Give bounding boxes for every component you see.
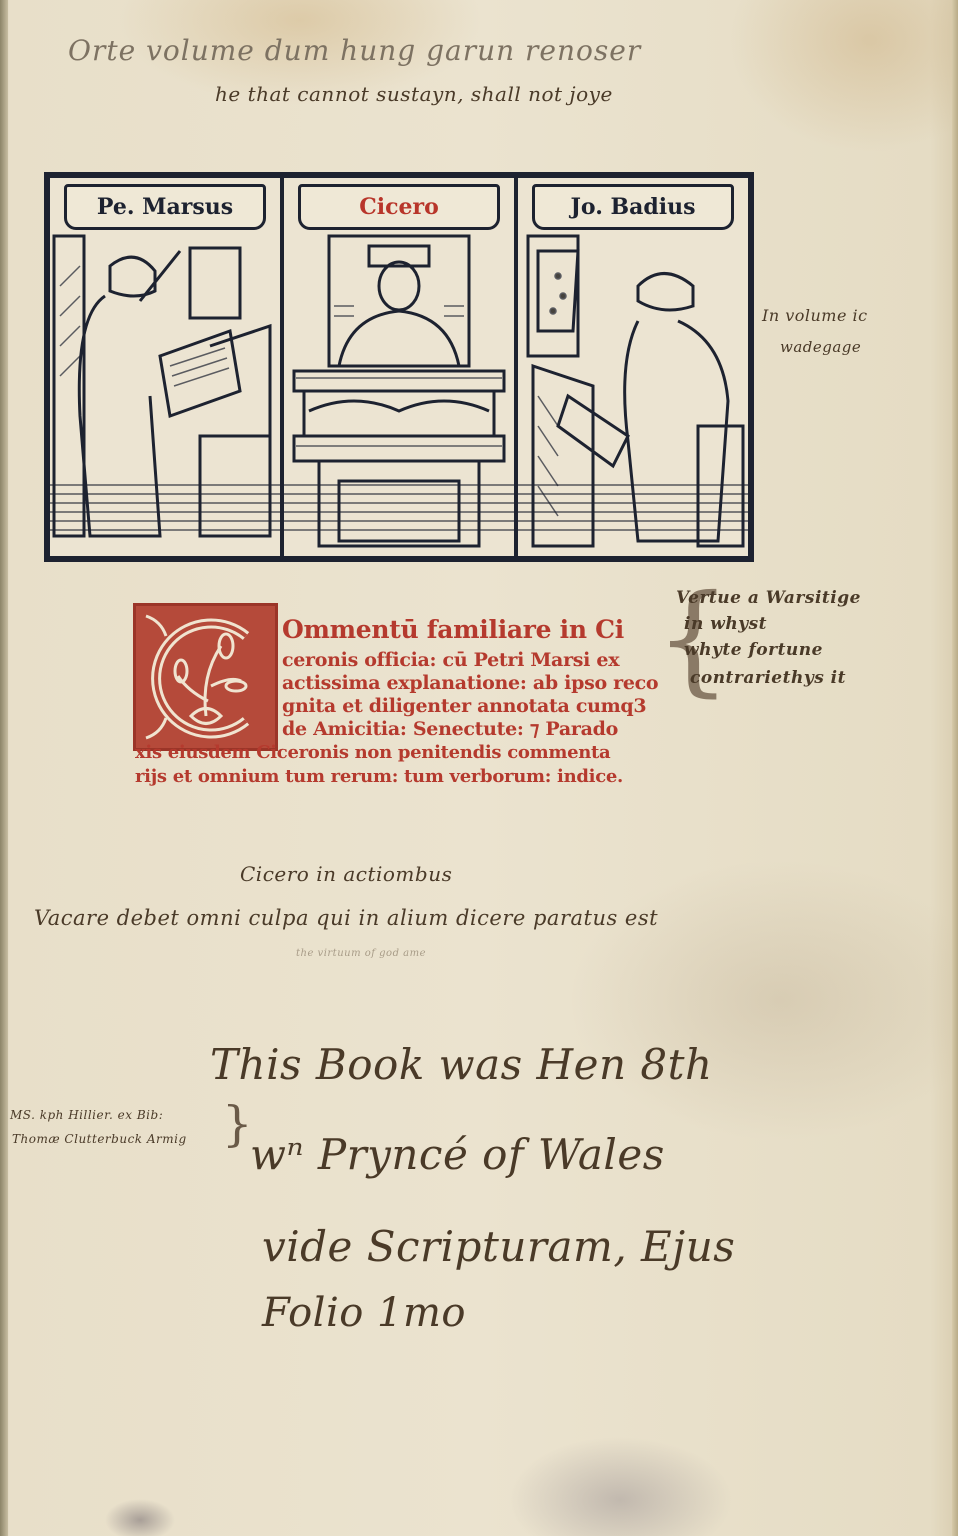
manuscript-page: Orte volume dum hung garun renoser he th… xyxy=(0,0,958,1536)
scholar-writing-figure-icon xyxy=(50,226,280,556)
page-right-edge xyxy=(952,0,958,1536)
left-margin-note-line-2: Thomæ Clutterbuck Armig xyxy=(12,1132,187,1146)
left-margin-note-line-1: MS. kph Hillier. ex Bib: xyxy=(10,1108,163,1122)
title-line-1: Ommentū familiare in Ci xyxy=(282,615,624,644)
right-margin-note-1-line-2: wadegage xyxy=(780,338,861,356)
title-line-3: actissima explanatione: ab ipso reco xyxy=(282,672,658,694)
banner-cicero: Cicero xyxy=(298,184,500,230)
title-line-5: de Amicitia: Senectute: ⁊ Parado xyxy=(282,718,618,740)
top-annotation-line-2: he that cannot sustayn, shall not joye xyxy=(215,82,613,106)
woodcut-panel-cicero: Cicero xyxy=(284,178,518,556)
latin-annotation-faint-line: the virtuum of god ame xyxy=(296,948,426,959)
latin-annotation-line-1: Cicero in actiombus xyxy=(240,862,452,886)
author-at-pulpit-figure-icon xyxy=(284,226,514,556)
woodcut-panel-badius: Jo. Badius xyxy=(518,178,748,556)
latin-annotation-line-2: Vacare debet omni culpa qui in alium dic… xyxy=(34,906,658,930)
scholar-at-desk-figure-icon xyxy=(518,226,748,556)
provenance-line-1: This Book was Hen 8th xyxy=(210,1040,713,1089)
floral-initial-icon xyxy=(136,606,275,748)
decorated-initial-c xyxy=(133,603,278,751)
woodcut-panel-marsus: Pe. Marsus xyxy=(50,178,284,556)
provenance-line-3: vide Scripturam, Ejus xyxy=(262,1222,735,1271)
title-line-4: gnita et diligenter annotata cumq3 xyxy=(282,695,646,717)
title-line-7: rijs et omnium tum rerum: tum verborum: … xyxy=(135,766,623,787)
right-margin-note-2-line-4: contrariethys it xyxy=(690,668,846,688)
right-margin-note-2-line-3: whyte fortune xyxy=(684,640,823,660)
spine-edge xyxy=(0,0,8,1536)
right-margin-note-2-line-1: Vertue a Warsitige xyxy=(676,588,861,608)
banner-badius: Jo. Badius xyxy=(532,184,734,230)
provenance-line-2: wⁿ Pryncé of Wales xyxy=(250,1130,665,1179)
banner-marsus: Pe. Marsus xyxy=(64,184,266,230)
left-margin-brace: } xyxy=(222,1100,253,1148)
title-line-6: xis eiusdem Ciceronis non penitendis com… xyxy=(135,742,610,763)
right-margin-note-2-line-2: in whyst xyxy=(684,614,767,634)
top-annotation-line-1: Orte volume dum hung garun renoser xyxy=(68,34,641,67)
woodcut-illustration: Pe. Marsus xyxy=(44,172,754,562)
right-margin-note-1-line-1: In volume ic xyxy=(762,306,868,325)
provenance-line-4: Folio 1mo xyxy=(262,1290,466,1336)
title-line-2: ceronis officia: cū Petri Marsi ex xyxy=(282,649,619,671)
